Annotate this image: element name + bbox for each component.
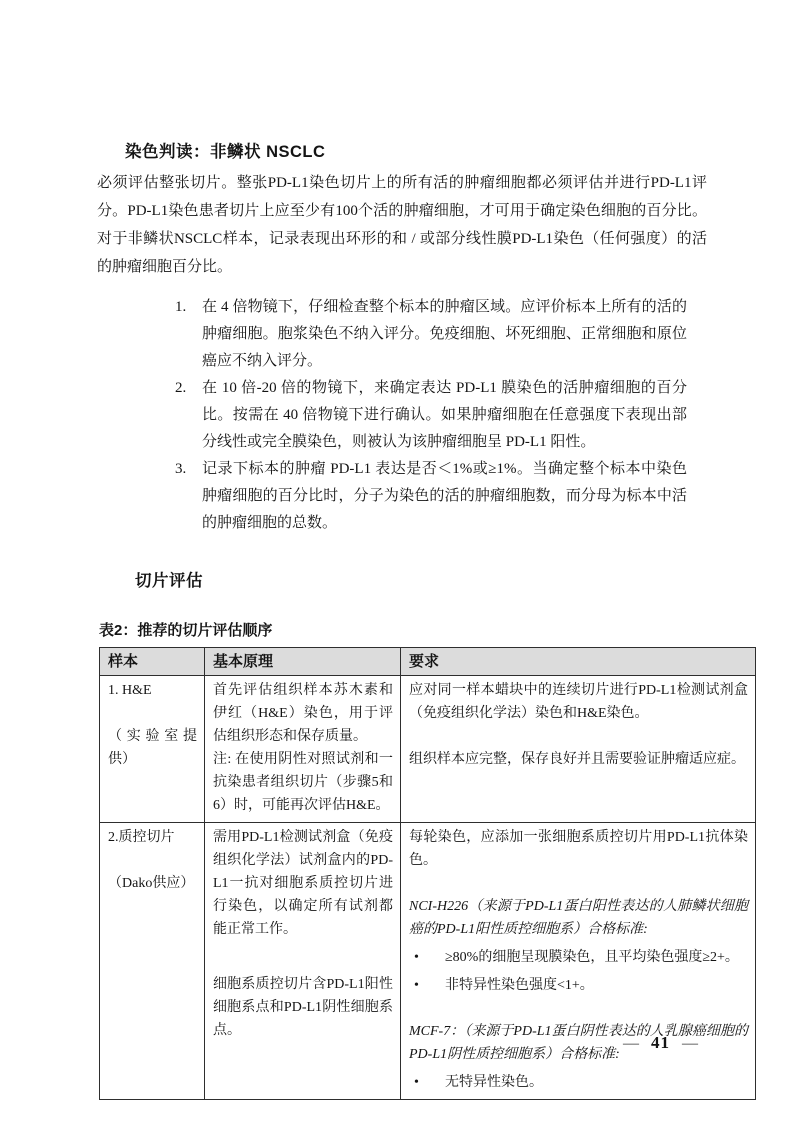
document-page: 染色判读：非鳞状 NSCLC 必须评估整张切片。整张PD-L1染色切片上的所有活… — [0, 0, 793, 1122]
footer-dash-right: — — [682, 1035, 698, 1052]
criteria-bullet: • ≥80%的细胞呈现膜染色，且平均染色强度≥2+。 — [409, 946, 748, 969]
step-number: 2. — [175, 375, 202, 456]
sample-provider: （Dako供应） — [108, 872, 197, 895]
sample-name: 2.质控切片 — [108, 826, 197, 849]
slide-evaluation-heading: 切片评估 — [135, 567, 707, 591]
sample-name: 1. H&E — [108, 679, 197, 702]
bullet-icon: • — [409, 946, 445, 969]
footer-dash-left: — — [623, 1035, 639, 1052]
staining-interpretation-heading: 染色判读：非鳞状 NSCLC — [125, 138, 707, 162]
cell-rationale-he: 首先评估组织样本苏木素和伊红（H&E）染色，用于评估组织形态和保存质量。 注: … — [205, 676, 401, 823]
step-number: 3. — [175, 456, 202, 537]
column-header-sample: 样本 — [100, 648, 205, 676]
steps-list: 1. 在 4 倍物镜下，仔细检查整个标本的肿瘤区域。应评价标本上所有的活的肿瘤细… — [175, 294, 687, 537]
nci-h226-criteria-heading: NCI-H226（来源于PD-L1蛋白阳性表达的人肺鳞状细胞癌的PD-L1阳性质… — [409, 895, 748, 941]
column-header-rationale: 基本原理 — [205, 648, 401, 676]
step-number: 1. — [175, 294, 202, 375]
sample-provider: （实验室提供） — [108, 725, 197, 771]
criteria-bullet: • 无特异性染色。 — [409, 1071, 748, 1094]
table-row-he: 1. H&E （实验室提供） 首先评估组织样本苏木素和伊红（H&E）染色，用于评… — [100, 676, 756, 823]
requirement-paragraph: 应对同一样本蜡块中的连续切片进行PD-L1检测试剂盒（免疫组织化学法）染色和H&… — [409, 679, 748, 725]
bullet-icon: • — [409, 974, 445, 997]
requirement-paragraph: 组织样本应完整，保存良好并且需要验证肿瘤适应症。 — [409, 748, 748, 771]
footer-page-number: 41 — [651, 1033, 670, 1052]
cell-rationale-qc: 需用PD-L1检测试剂盒（免疫组织化学法）试剂盒内的PD-L1一抗对细胞系质控切… — [205, 823, 401, 1100]
rationale-paragraph: 细胞系质控切片含PD-L1阳性细胞系点和PD-L1阴性细胞系点。 — [213, 973, 393, 1042]
table-header-row: 样本 基本原理 要求 — [100, 648, 756, 676]
cell-requirement-qc: 每轮染色，应添加一张细胞系质控切片用PD-L1抗体染色。 NCI-H226（来源… — [401, 823, 756, 1100]
column-header-requirement: 要求 — [401, 648, 756, 676]
step-text: 记录下标本的肿瘤 PD-L1 表达是否＜1%或≥1%。当确定整个标本中染色肿瘤细… — [202, 456, 687, 537]
criteria-bullet: • 非特异性染色强度<1+。 — [409, 974, 748, 997]
cell-requirement-he: 应对同一样本蜡块中的连续切片进行PD-L1检测试剂盒（免疫组织化学法）染色和H&… — [401, 676, 756, 823]
step-text: 在 10 倍-20 倍的物镜下，来确定表达 PD-L1 膜染色的活肿瘤细胞的百分… — [202, 375, 687, 456]
table-caption: 表2：推荐的切片评估顺序 — [99, 619, 707, 640]
step-item-2: 2. 在 10 倍-20 倍的物镜下，来确定表达 PD-L1 膜染色的活肿瘤细胞… — [175, 375, 687, 456]
page-content: 染色判读：非鳞状 NSCLC 必须评估整张切片。整张PD-L1染色切片上的所有活… — [0, 0, 793, 1100]
rationale-paragraph: 首先评估组织样本苏木素和伊红（H&E）染色，用于评估组织形态和保存质量。 — [213, 679, 393, 748]
intro-paragraph: 必须评估整张切片。整张PD-L1染色切片上的所有活的肿瘤细胞都必须评估并进行PD… — [97, 169, 707, 281]
table-row-qc: 2.质控切片 （Dako供应） 需用PD-L1检测试剂盒（免疫组织化学法）试剂盒… — [100, 823, 756, 1100]
step-text: 在 4 倍物镜下，仔细检查整个标本的肿瘤区域。应评价标本上所有的活的肿瘤细胞。胞… — [202, 294, 687, 375]
requirement-paragraph: 每轮染色，应添加一张细胞系质控切片用PD-L1抗体染色。 — [409, 826, 748, 872]
cell-sample-he: 1. H&E （实验室提供） — [100, 676, 205, 823]
step-item-3: 3. 记录下标本的肿瘤 PD-L1 表达是否＜1%或≥1%。当确定整个标本中染色… — [175, 456, 687, 537]
page-number: —41— — [593, 1033, 728, 1053]
rationale-paragraph: 需用PD-L1检测试剂盒（免疫组织化学法）试剂盒内的PD-L1一抗对细胞系质控切… — [213, 826, 393, 941]
rationale-note: 注: 在使用阴性对照试剂和一抗染患者组织切片（步骤5和6）时，可能再次评估H&E… — [213, 748, 393, 817]
step-item-1: 1. 在 4 倍物镜下，仔细检查整个标本的肿瘤区域。应评价标本上所有的活的肿瘤细… — [175, 294, 687, 375]
bullet-icon: • — [409, 1071, 445, 1094]
cell-sample-qc: 2.质控切片 （Dako供应） — [100, 823, 205, 1100]
